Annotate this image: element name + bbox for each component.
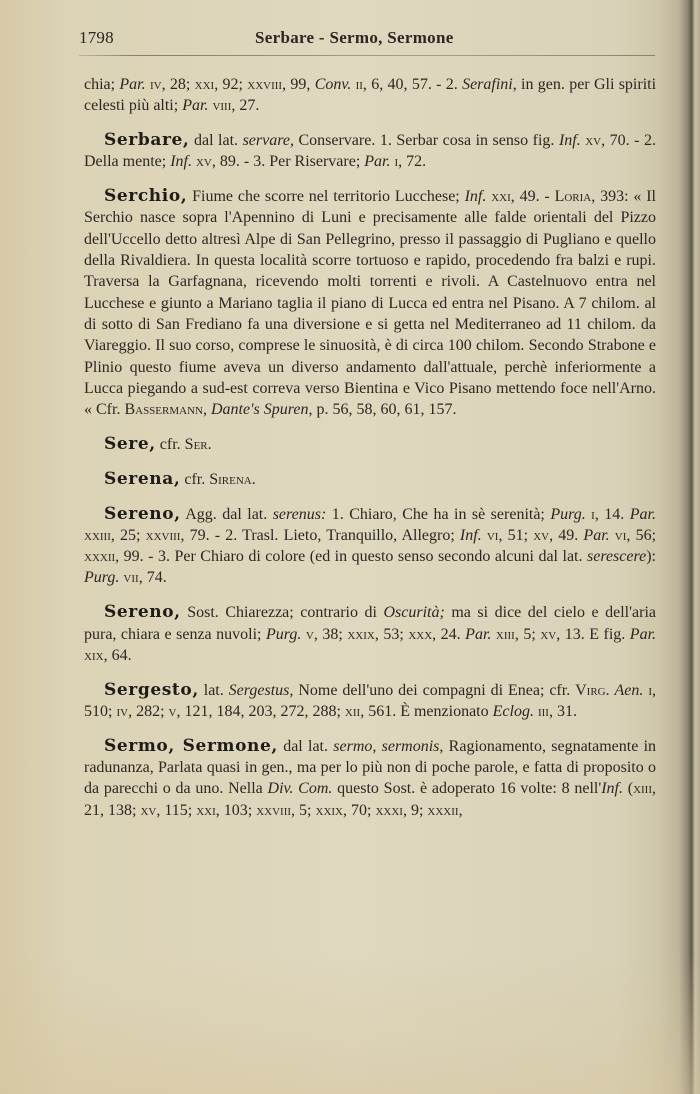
roman-text: , 393: « Il Serchio nasce sopra l'Apenni… xyxy=(84,188,656,418)
small-caps-text: xxi xyxy=(195,76,215,93)
roman-text: Agg. dal lat. xyxy=(181,506,273,523)
small-caps-text: iv xyxy=(146,76,162,93)
roman-text: , 6, 40, 57. - 2. xyxy=(363,76,462,93)
italic-text: Purg. xyxy=(550,506,585,523)
italic-text: serescere xyxy=(587,548,646,565)
small-caps-text: xiii xyxy=(491,626,514,643)
small-caps-text: xxviii xyxy=(247,76,282,93)
headword: Sereno, xyxy=(104,602,181,622)
entry-serchio: Serchio, Fiume che scorre nel territorio… xyxy=(84,186,656,420)
roman-text: , 13. E fig. xyxy=(556,626,630,643)
italic-text: Serafini xyxy=(462,76,513,93)
italic-text: Par. xyxy=(465,626,491,643)
italic-text: serenus: xyxy=(273,506,327,523)
entry-sereno-sost: Sereno, Sost. Chiarezza; contrario di Os… xyxy=(84,602,656,666)
roman-text: , 5; xyxy=(515,626,540,643)
roman-text: , 51; xyxy=(498,527,533,544)
small-caps-text: xxxi xyxy=(375,802,403,819)
roman-text: 1. Chiaro, Che ha in sè serenità; xyxy=(326,506,550,523)
roman-text: , 64. xyxy=(104,647,132,664)
roman-text: , 53; xyxy=(375,626,408,643)
roman-text: , 79. - 2. Trasl. Lieto, Tranquillo, All… xyxy=(180,527,459,544)
italic-text: Par. xyxy=(630,506,656,523)
headword: Sermo, Sermone, xyxy=(104,736,278,756)
roman-text: , 561. È menzionato xyxy=(360,703,492,720)
small-caps-text: vi xyxy=(610,527,627,544)
italic-text: Sergestus, xyxy=(229,682,294,699)
roman-text: , 115; xyxy=(156,802,196,819)
small-caps-text: xxxii xyxy=(84,548,115,565)
roman-text: , p. 56, 58, 60, 61, 157. xyxy=(308,401,456,418)
roman-text: , 72. xyxy=(398,153,426,170)
italic-text: Par. xyxy=(583,527,609,544)
roman-text: , xyxy=(203,401,211,418)
headword: Serena, xyxy=(104,469,180,489)
roman-text: ): xyxy=(646,548,656,565)
roman-text: Sost. Chiarezza; contrario di xyxy=(181,604,384,621)
italic-text: Purg. xyxy=(266,626,301,643)
small-caps-text: xv xyxy=(140,802,156,819)
small-caps-text: xxix xyxy=(347,626,375,643)
small-caps-text: xxx xyxy=(408,626,432,643)
small-caps-text: i xyxy=(586,506,595,523)
italic-text: sermo, sermonis, xyxy=(333,738,443,755)
headword: Serchio, xyxy=(104,186,187,206)
roman-text: , 103; xyxy=(216,802,256,819)
headword: Serbare, xyxy=(104,130,189,150)
small-caps-text: xxiii xyxy=(84,527,111,544)
small-caps-text: ii xyxy=(351,76,363,93)
italic-text: Inf. xyxy=(465,188,487,205)
page-number: 1798 xyxy=(79,28,114,48)
roman-text: Fiume che scorre nel territorio Lucchese… xyxy=(187,188,464,205)
italic-text: Inf. xyxy=(559,132,581,149)
entry-serena: Serena, cfr. Sirena. xyxy=(84,469,656,490)
italic-text: Par. xyxy=(364,153,390,170)
page-header: 1798 Serbare - Sermo, Sermone xyxy=(79,28,659,56)
roman-text: , 70; xyxy=(343,802,375,819)
roman-text: ( xyxy=(623,780,633,797)
italic-text: Conv. xyxy=(315,76,352,93)
headword: Sereno, xyxy=(104,504,181,524)
small-caps-text: iv xyxy=(116,703,128,720)
small-caps-text: vii xyxy=(119,569,138,586)
roman-text: , 25; xyxy=(111,527,146,544)
small-caps-text: Sirena xyxy=(209,471,252,488)
small-caps-text: Virg. xyxy=(575,682,610,699)
small-caps-text: xxxii xyxy=(427,802,458,819)
roman-text: , 31. xyxy=(549,703,577,720)
headword: Sergesto, xyxy=(104,680,199,700)
roman-text: . xyxy=(252,471,256,488)
dictionary-body: chia; Par. iv, 28; xxi, 92; xxviii, 99, … xyxy=(84,74,656,834)
italic-text: Oscurità; xyxy=(384,604,445,621)
italic-text: servare, xyxy=(243,132,294,149)
small-caps-text: Ser xyxy=(185,436,208,453)
entry-sere: Sere, cfr. Ser. xyxy=(84,434,656,455)
small-caps-text: xxviii xyxy=(256,802,291,819)
entry-text: cfr. Sirena. xyxy=(180,471,255,488)
roman-text: , 99, xyxy=(282,76,315,93)
roman-text: , 89. - 3. Per Riservare; xyxy=(212,153,364,170)
italic-text: Inf. xyxy=(170,153,192,170)
roman-text: , 14. xyxy=(595,506,630,523)
small-caps-text: xv xyxy=(533,527,549,544)
small-caps-text: i xyxy=(643,682,652,699)
italic-text: Aen. xyxy=(615,682,644,699)
roman-text: questo Sost. è adoperato 16 volte: 8 nel… xyxy=(332,780,601,797)
small-caps-text: xix xyxy=(84,647,104,664)
roman-text: Conservare. 1. Serbar cosa in senso fig. xyxy=(294,132,559,149)
italic-text: Par. xyxy=(630,626,656,643)
roman-text: , 5; xyxy=(291,802,315,819)
entry-sereno-agg: Sereno, Agg. dal lat. serenus: 1. Chiaro… xyxy=(84,504,656,589)
roman-text: chia; xyxy=(84,76,119,93)
headword: Sere, xyxy=(104,434,156,454)
roman-text: , 9; xyxy=(403,802,427,819)
roman-text: , 49. xyxy=(549,527,583,544)
italic-text: Eclog. xyxy=(493,703,534,720)
roman-text: lat. xyxy=(199,682,229,699)
roman-text: dal lat. xyxy=(278,738,333,755)
small-caps-text: xxi xyxy=(196,802,216,819)
roman-text: , 282; xyxy=(128,703,168,720)
italic-text: Dante's Spuren xyxy=(211,401,308,418)
small-caps-text: Loria xyxy=(555,188,592,205)
small-caps-text: xv xyxy=(540,626,556,643)
small-caps-text: xxix xyxy=(316,802,344,819)
small-caps-text: xiii xyxy=(633,780,652,797)
roman-text: , 27. xyxy=(231,97,259,114)
italic-text: Inf. xyxy=(601,780,623,797)
entry-continuation: chia; Par. iv, 28; xxi, 92; xxviii, 99, … xyxy=(84,74,656,117)
roman-text: , 56; xyxy=(626,527,656,544)
entry-text: chia; Par. iv, 28; xxi, 92; xxviii, 99, … xyxy=(84,76,656,114)
roman-text: , 24. xyxy=(432,626,465,643)
small-caps-text: viii xyxy=(208,97,231,114)
roman-text: Nome dell'uno dei compagni di Enea; cfr. xyxy=(293,682,575,699)
roman-text: , 38; xyxy=(314,626,347,643)
italic-text: Par. xyxy=(119,76,145,93)
small-caps-text: xii xyxy=(345,703,360,720)
roman-text: , 99. - 3. Per Chiaro di colore (ed in q… xyxy=(115,548,587,565)
roman-text: , 121, 184, 203, 272, 288; xyxy=(176,703,344,720)
roman-text: , 49. - xyxy=(511,188,555,205)
small-caps-text: xxi xyxy=(486,188,510,205)
roman-text: . xyxy=(208,436,212,453)
small-caps-text: v xyxy=(301,626,313,643)
entry-sermo: Sermo, Sermone, dal lat. sermo, sermonis… xyxy=(84,736,656,821)
entry-sergesto: Sergesto, lat. Sergestus, Nome dell'uno … xyxy=(84,680,656,723)
small-caps-text: xxviii xyxy=(146,527,181,544)
entry-text: Fiume che scorre nel territorio Lucchese… xyxy=(84,188,656,418)
roman-text: dal lat. xyxy=(189,132,242,149)
roman-text: , 92; xyxy=(214,76,247,93)
italic-text: Purg. xyxy=(84,569,119,586)
roman-text: , 74. xyxy=(139,569,167,586)
small-caps-text: Bassermann xyxy=(124,401,203,418)
book-page: 1798 Serbare - Sermo, Sermone chia; Par.… xyxy=(0,0,700,1094)
small-caps-text: xv xyxy=(192,153,212,170)
roman-text: , 28; xyxy=(162,76,195,93)
italic-text: Inf. xyxy=(460,527,482,544)
roman-text: , xyxy=(459,802,463,819)
running-head: Serbare - Sermo, Sermone xyxy=(255,28,454,48)
roman-text: cfr. xyxy=(180,471,209,488)
italic-text: Div. Com. xyxy=(268,780,333,797)
italic-text: Par. xyxy=(182,97,208,114)
entry-serbare: Serbare, dal lat. servare, Conservare. 1… xyxy=(84,130,656,173)
header-rule xyxy=(79,55,655,56)
entry-text: cfr. Ser. xyxy=(156,436,212,453)
small-caps-text: xv xyxy=(581,132,601,149)
roman-text: cfr. xyxy=(156,436,185,453)
small-caps-text: vi xyxy=(482,527,499,544)
small-caps-text: iii xyxy=(534,703,549,720)
